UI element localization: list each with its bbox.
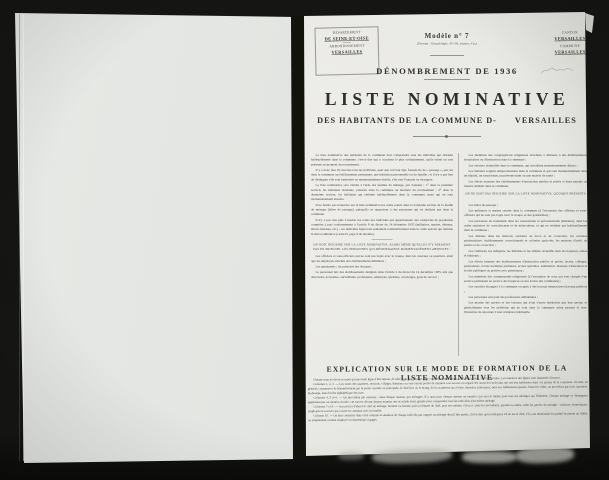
commune-value: VERSAILLES xyxy=(548,48,592,56)
main-title: LISTE NOMINATIVE xyxy=(315,89,579,110)
instructions-block: La liste nominative des habitants de la … xyxy=(311,153,587,356)
canton-stamp: CANTON VERSAILLES COMMUNE VERSAILLES xyxy=(548,30,593,65)
subtitle: DES HABITANTS DE LA COMMUNE D- VERSAILLE… xyxy=(315,116,579,125)
canton-value: VERSAILLES xyxy=(548,35,592,43)
left-page-edge-line xyxy=(19,14,20,461)
instructions-right-column: Les membres des congrégations religieuse… xyxy=(458,153,587,356)
subtitle-rule xyxy=(413,136,481,137)
left-page-edge-highlight xyxy=(23,14,24,461)
document-scan: DÉPARTEMENT DE SEINE-ET-OISE ARRONDISSEM… xyxy=(0,0,609,480)
census-year-title: DÉNOMBREMENT DE 1936 xyxy=(315,66,579,76)
explanation-text: Chaque nom ne devra occuper qu'une seule… xyxy=(308,376,588,442)
census-title-rule xyxy=(424,79,470,80)
model-format-note: (Format : Grand-Aigle, 45×56, travers, 4… xyxy=(315,42,579,50)
subtitle-prefix: DES HABITANTS DE LA COMMUNE D- xyxy=(317,116,497,125)
commune-name: VERSAILLES xyxy=(515,116,577,125)
model-rule xyxy=(430,55,464,56)
printed-page-content: DÉPARTEMENT DE SEINE-ET-OISE ARRONDISSEM… xyxy=(305,13,589,456)
model-number: Modèle n° 7 xyxy=(315,32,579,40)
instructions-left-column: La liste nominative des habitants de la … xyxy=(311,153,458,356)
